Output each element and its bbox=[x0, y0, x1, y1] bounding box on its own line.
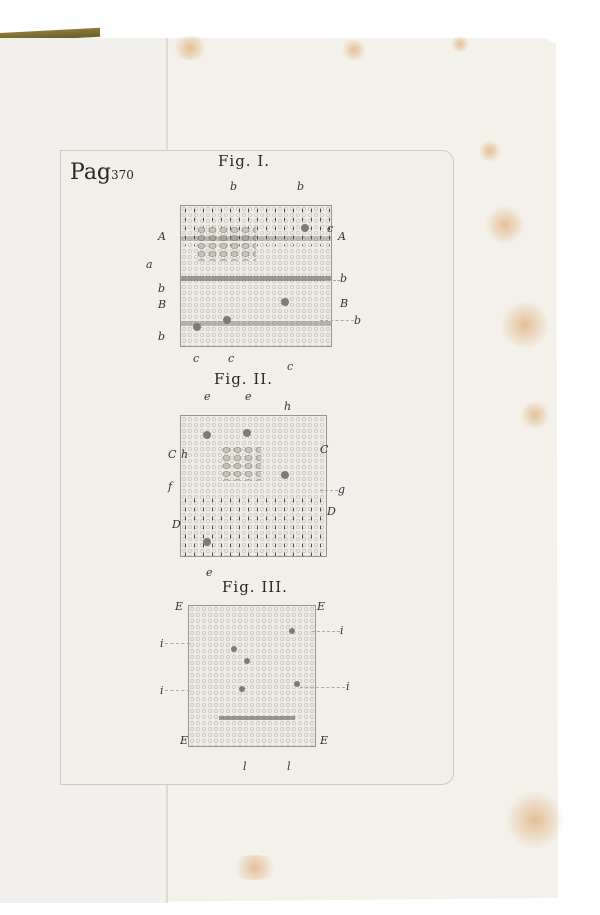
foxing-spot bbox=[450, 36, 470, 52]
figure-1-label: B bbox=[340, 297, 348, 310]
figure-2-label: h bbox=[181, 448, 188, 461]
foxing-spot bbox=[340, 40, 368, 60]
figure-1-label: b bbox=[340, 272, 347, 285]
figure-2-label: e bbox=[245, 390, 252, 403]
figure-1-label: b bbox=[230, 180, 237, 193]
figure-3-label: l bbox=[243, 760, 247, 773]
foxing-spot bbox=[230, 855, 280, 880]
foxing-spot bbox=[520, 400, 550, 430]
foxing-spot bbox=[170, 36, 210, 60]
figure-1-label: b bbox=[158, 282, 165, 295]
figure-1-label: c bbox=[193, 352, 199, 365]
figure-2-label: C bbox=[320, 443, 328, 456]
figure-3-label: E bbox=[180, 734, 188, 747]
figure-3-label: E bbox=[175, 600, 183, 613]
figure-3-title: Fig. III. bbox=[222, 578, 288, 596]
figure-1-label: c bbox=[228, 352, 234, 365]
figure-2-label: e bbox=[204, 390, 211, 403]
foxing-spot bbox=[500, 300, 550, 350]
foxing-spot bbox=[485, 205, 525, 245]
foxing-spot bbox=[505, 790, 565, 850]
figure-2-label: D bbox=[327, 505, 336, 518]
figure-1-label: B bbox=[158, 298, 166, 311]
figure-1-label: b bbox=[158, 330, 165, 343]
figure-3-label: i bbox=[340, 624, 344, 637]
page-reference-number: 370 bbox=[111, 168, 134, 182]
figure-1-title: Fig. I. bbox=[218, 152, 270, 170]
figure-2-label: e bbox=[206, 566, 213, 579]
figure-1-label: b bbox=[297, 180, 304, 193]
figure-3-label: i bbox=[160, 637, 164, 650]
figure-1-label: A bbox=[158, 230, 166, 243]
figure-2-label: C bbox=[168, 448, 176, 461]
figure-3-label: E bbox=[320, 734, 328, 747]
figure-2-title: Fig. II. bbox=[214, 370, 273, 388]
figure-3-label: l bbox=[287, 760, 291, 773]
page-reference: Pag370 bbox=[70, 160, 134, 185]
figure-1-label: c bbox=[287, 360, 293, 373]
figure-3-label: i bbox=[346, 680, 350, 693]
figure-2-label: h bbox=[284, 400, 291, 413]
figure-2-label: g bbox=[338, 483, 345, 496]
figure-3-label: i bbox=[160, 684, 164, 697]
figure-2-label: D bbox=[172, 518, 181, 531]
figure-1-label: c bbox=[327, 222, 333, 235]
figure-2-label: f bbox=[168, 480, 172, 493]
figure-1-specimen bbox=[180, 205, 332, 347]
foxing-spot bbox=[478, 140, 502, 162]
figure-3-specimen bbox=[188, 605, 316, 747]
figure-2-specimen bbox=[180, 415, 327, 557]
figure-3-label: E bbox=[317, 600, 325, 613]
figure-1-label: a bbox=[146, 258, 153, 271]
page-reference-prefix: Pag bbox=[70, 160, 111, 185]
figure-1-label: A bbox=[338, 230, 346, 243]
figure-1-label: b bbox=[354, 314, 361, 327]
